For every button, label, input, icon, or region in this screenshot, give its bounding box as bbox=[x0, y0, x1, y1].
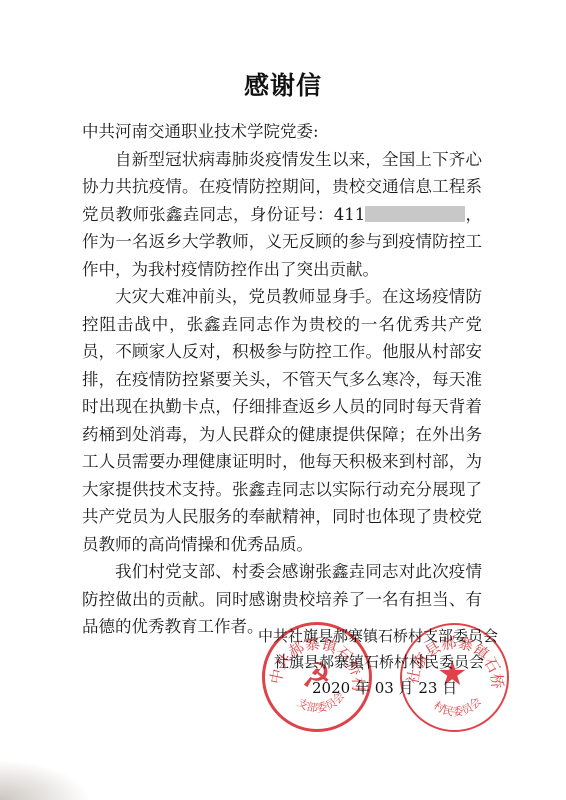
signature-date: 2020 年 03 月 23 日 bbox=[312, 677, 566, 698]
paragraph-2: 大灾大难冲前头，党员教师显身手。在这场疫情防控阻击战中，张鑫垚同志作为贵校的一名… bbox=[82, 283, 482, 558]
salutation: 中共河南交通职业技术学院党委: bbox=[82, 118, 482, 146]
paragraph-1: 自新型冠状病毒肺炎疫情发生以来，全国上下齐心协力共抗疫情。在疫情防控期间，贵校交… bbox=[82, 146, 482, 284]
scan-shadow bbox=[0, 760, 90, 800]
letter-title: 感谢信 bbox=[0, 66, 566, 102]
id-number-redaction bbox=[365, 206, 465, 222]
signature-party-branch: 中共社旗县郝寨镇石桥村支部委员会 bbox=[258, 625, 528, 646]
signature-village-committee: 社旗县郝寨镇石桥村村民委员会 bbox=[274, 651, 544, 672]
letter-body: 中共河南交通职业技术学院党委: 自新型冠状病毒肺炎疫情发生以来，全国上下齐心协力… bbox=[82, 118, 482, 641]
